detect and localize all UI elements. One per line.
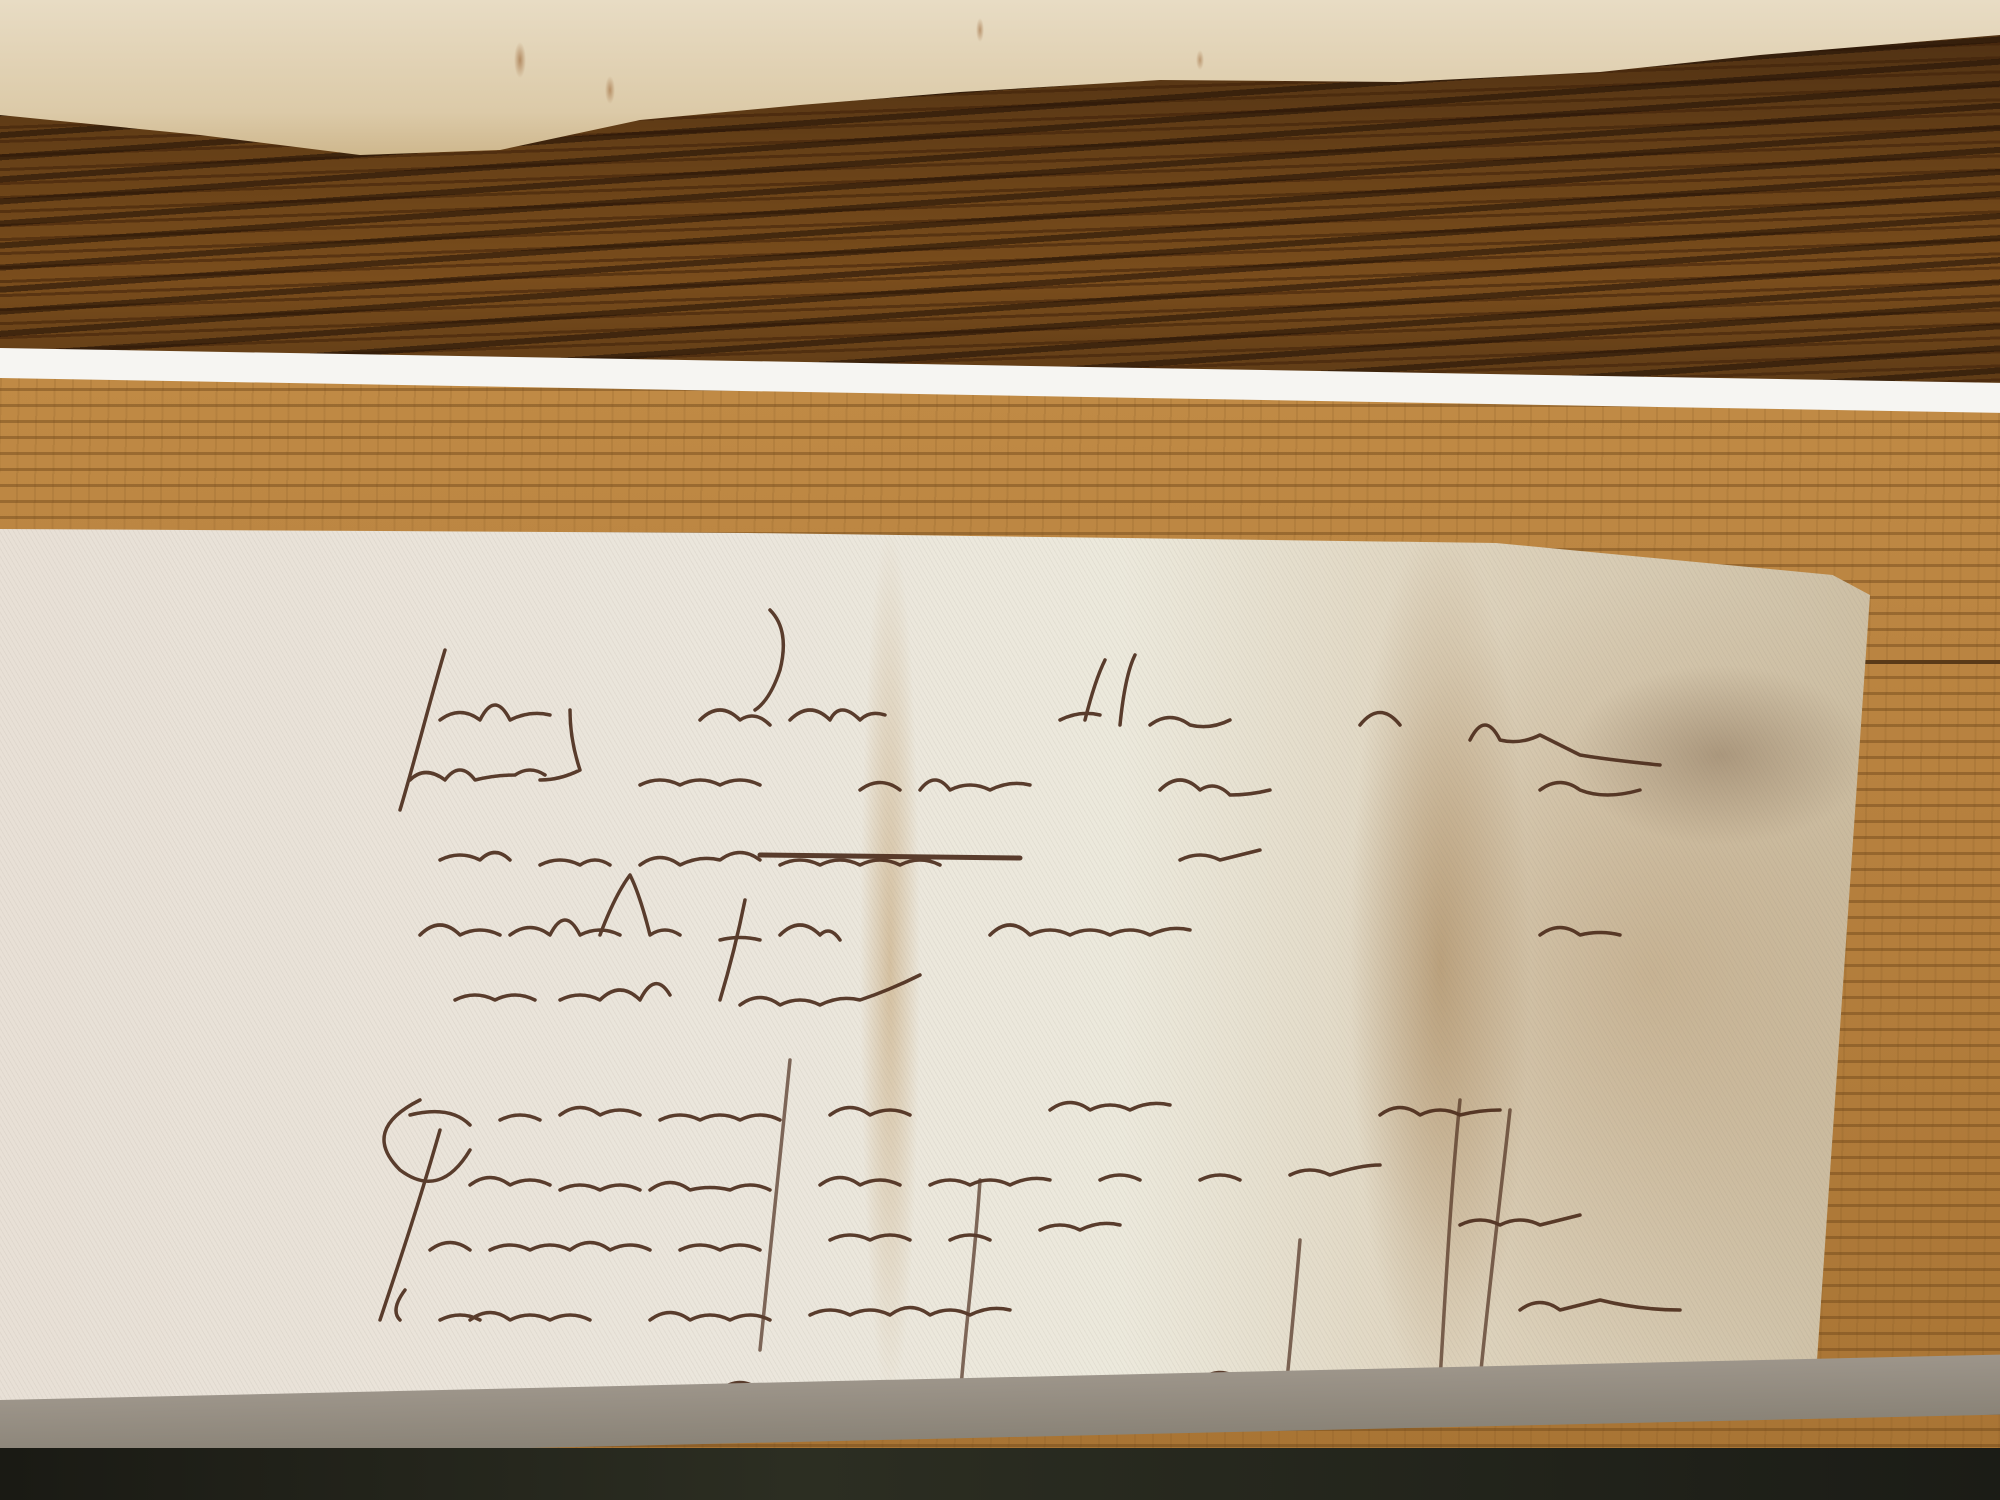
- handwritten-script: [0, 0, 2000, 1500]
- dark-background-bottom: [0, 1448, 2000, 1500]
